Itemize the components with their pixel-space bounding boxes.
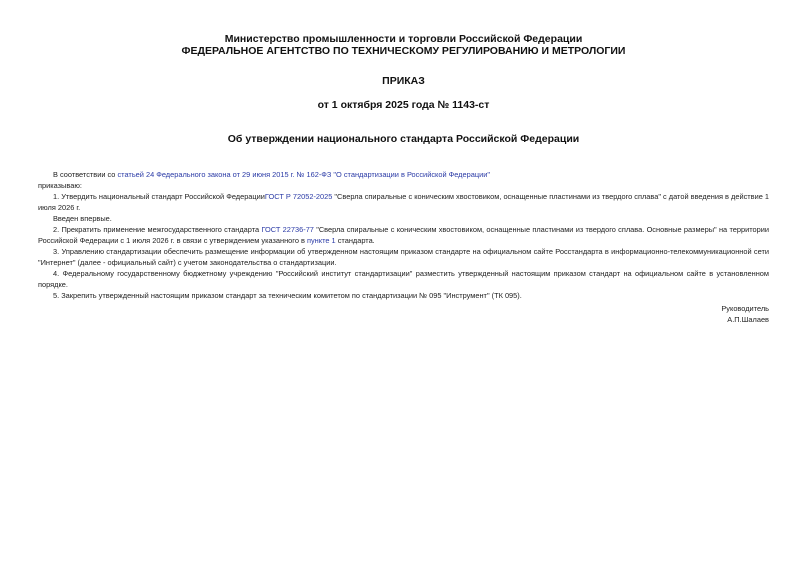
signatory-position: Руководитель	[38, 303, 769, 314]
item-1-reference-link[interactable]: пункте 1	[307, 236, 336, 245]
preamble: В соответствии со статьей 24 Федеральног…	[38, 169, 769, 180]
item-4: 4. Федеральному государственному бюджетн…	[38, 268, 769, 290]
signatory-name: А.П.Шалаев	[38, 314, 769, 325]
document-date-number: от 1 октября 2025 года № 1143-ст	[38, 99, 769, 111]
item-2-text-after: стандарта.	[336, 236, 375, 245]
item-2: 2. Прекратить применение межгосударствен…	[38, 224, 769, 246]
item-1-text: 1. Утвердить национальный стандарт Росси…	[53, 192, 265, 201]
gost-22736-link[interactable]: ГОСТ 22736-77	[261, 225, 313, 234]
signature-block: Руководитель А.П.Шалаев	[38, 303, 769, 325]
document-type: ПРИКАЗ	[38, 75, 769, 87]
document-page: Министерство промышленности и торговли Р…	[38, 0, 769, 325]
item-2-text: 2. Прекратить применение межгосударствен…	[53, 225, 261, 234]
preamble-text: В соответствии со	[53, 170, 117, 179]
item-5: 5. Закрепить утвержденный настоящим прик…	[38, 290, 769, 301]
agency-name: ФЕДЕРАЛЬНОЕ АГЕНТСТВО ПО ТЕХНИЧЕСКОМУ РЕ…	[38, 45, 769, 57]
item-3: 3. Управлению стандартизации обеспечить …	[38, 246, 769, 268]
item-1: 1. Утвердить национальный стандарт Росси…	[38, 191, 769, 213]
item-1-note: Введен впервые.	[38, 213, 769, 224]
document-subject: Об утверждении национального стандарта Р…	[38, 133, 769, 145]
ministry-name: Министерство промышленности и торговли Р…	[38, 33, 769, 45]
decree-word: приказываю:	[38, 180, 769, 191]
gost-r-72052-link[interactable]: ГОСТ Р 72052-2025	[265, 192, 332, 201]
law-article-link[interactable]: статьей 24 Федерального закона от 29 июн…	[117, 170, 489, 179]
document-body: В соответствии со статьей 24 Федеральног…	[38, 169, 769, 325]
